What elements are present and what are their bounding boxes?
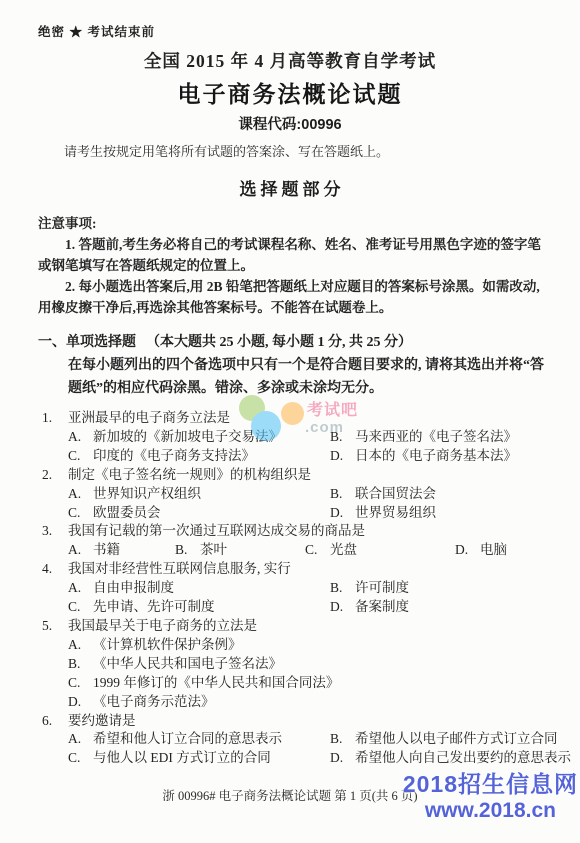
option-item: C.与他人以 EDI 方式订立的合同 <box>68 749 330 768</box>
option-item: B.联合国贸法会 <box>330 485 546 504</box>
option-label: A. <box>68 636 86 655</box>
option-label: B. <box>330 428 348 447</box>
question-number: 1. <box>42 409 68 428</box>
question-text: 亚洲最早的电子商务立法是 <box>68 409 230 428</box>
option-item: A.自由申报制度 <box>68 579 330 598</box>
option-text: 茶叶 <box>200 542 227 557</box>
option-label: D. <box>455 541 473 560</box>
exam-paper-page: 绝密 ★ 考试结束前 全国 2015 年 4 月高等教育自学考试 电子商务法概论… <box>0 0 580 843</box>
option-label: C. <box>68 674 86 693</box>
part-one-title: 一、单项选择题 <box>38 335 136 350</box>
notes-heading: 注意事项: <box>38 212 546 232</box>
question-1: 1. 亚洲最早的电子商务立法是 A.新加坡的《新加坡电子交易法》 B.马来西亚的… <box>38 409 546 466</box>
option-label: D. <box>330 447 348 466</box>
option-item: B.《中华人民共和国电子签名法》 <box>68 655 546 674</box>
option-text: 许可制度 <box>355 580 409 595</box>
answer-sheet-notice: 请考生按规定用笔将所有试题的答案涂、写在答题纸上。 <box>38 143 546 161</box>
option-text: 印度的《电子商务支持法》 <box>93 448 255 463</box>
option-label: A. <box>68 428 86 447</box>
option-label: A. <box>68 579 86 598</box>
option-label: A. <box>68 541 86 560</box>
option-item: A.世界知识产权组织 <box>68 485 330 504</box>
option-text: 世界贸易组织 <box>355 505 436 520</box>
page-footer: 浙 00996# 电子商务法概论试题 第 1 页(共 6 页) <box>0 786 580 804</box>
question-stem: 1. 亚洲最早的电子商务立法是 <box>38 409 546 428</box>
option-label: B. <box>175 541 193 560</box>
option-item: D.备案制度 <box>330 598 546 617</box>
option-group: A.希望和他人订立合同的意思表示 B.希望他人以电子邮件方式订立合同 C.与他人… <box>68 730 546 768</box>
option-text: 书籍 <box>93 542 120 557</box>
option-label: B. <box>330 730 348 749</box>
option-label: D. <box>68 693 86 712</box>
question-stem: 3. 我国有记载的第一次通过互联网达成交易的商品是 <box>38 522 546 541</box>
question-number: 2. <box>42 466 68 485</box>
question-number: 5. <box>42 617 68 636</box>
option-item: C.先申请、先许可制度 <box>68 598 330 617</box>
question-2: 2. 制定《电子签名统一规则》的机构组织是 A.世界知识产权组织 B.联合国贸法… <box>38 466 546 523</box>
option-text: 希望和他人订立合同的意思表示 <box>93 731 282 746</box>
option-item: D.世界贸易组织 <box>330 504 546 523</box>
option-label: B. <box>68 655 86 674</box>
part-one-instructions: 在每小题列出的四个备选项中只有一个是符合题目要求的, 请将其选出并将“答题纸”的… <box>68 355 546 400</box>
option-text: 先申请、先许可制度 <box>93 599 215 614</box>
section-heading: 选择题部分 <box>38 175 546 200</box>
option-item: C.光盘 <box>305 541 455 560</box>
option-item: B.茶叶 <box>175 541 305 560</box>
option-text: 新加坡的《新加坡电子交易法》 <box>93 429 282 444</box>
option-group: A.自由申报制度 B.许可制度 C.先申请、先许可制度 D.备案制度 <box>68 579 546 617</box>
part-one-score-note: （本大题共 25 小题, 每小题 1 分, 共 25 分） <box>146 335 412 350</box>
option-item: A.希望和他人订立合同的意思表示 <box>68 730 330 749</box>
question-5: 5. 我国最早关于电子商务的立法是 A.《计算机软件保护条例》 B.《中华人民共… <box>38 617 546 712</box>
option-item: D.《电子商务示范法》 <box>68 693 546 712</box>
option-text: 联合国贸法会 <box>355 486 436 501</box>
question-text: 制定《电子签名统一规则》的机构组织是 <box>68 466 311 485</box>
option-group: A.书籍 B.茶叶 C.光盘 D.电脑 <box>68 541 546 560</box>
question-3: 3. 我国有记载的第一次通过互联网达成交易的商品是 A.书籍 B.茶叶 C.光盘… <box>38 522 546 560</box>
option-text: 与他人以 EDI 方式订立的合同 <box>93 750 271 765</box>
option-item: C.欧盟委员会 <box>68 504 330 523</box>
classification-label: 绝密 ★ 考试结束前 <box>38 22 155 40</box>
question-4: 4. 我国对非经营性互联网信息服务, 实行 A.自由申报制度 B.许可制度 C.… <box>38 560 546 617</box>
option-item: C.1999 年修订的《中华人民共和国合同法》 <box>68 674 546 693</box>
option-item: D.日本的《电子商务基本法》 <box>330 447 546 466</box>
option-text: 希望他人向自己发出要约的意思表示 <box>355 750 571 765</box>
option-group: A.《计算机软件保护条例》 B.《中华人民共和国电子签名法》 C.1999 年修… <box>68 636 546 712</box>
option-text: 《中华人民共和国电子签名法》 <box>93 656 282 671</box>
option-item: A.书籍 <box>68 541 175 560</box>
option-text: 欧盟委员会 <box>93 505 161 520</box>
option-text: 1999 年修订的《中华人民共和国合同法》 <box>93 675 339 690</box>
option-text: 电脑 <box>480 542 507 557</box>
option-label: D. <box>330 749 348 768</box>
option-item: C.印度的《电子商务支持法》 <box>68 447 330 466</box>
option-label: A. <box>68 730 86 749</box>
option-label: C. <box>68 598 86 617</box>
option-item: A.新加坡的《新加坡电子交易法》 <box>68 428 330 447</box>
note-item-1: 1. 答题前,考生务必将自己的考试课程名称、姓名、准考证号用黑色字迹的签字笔或钢… <box>38 235 546 276</box>
option-label: D. <box>330 598 348 617</box>
option-text: 日本的《电子商务基本法》 <box>355 448 517 463</box>
option-item: A.《计算机软件保护条例》 <box>68 636 546 655</box>
option-item: B.许可制度 <box>330 579 546 598</box>
option-group: A.世界知识产权组织 B.联合国贸法会 C.欧盟委员会 D.世界贸易组织 <box>68 485 546 523</box>
option-text: 希望他人以电子邮件方式订立合同 <box>355 731 558 746</box>
question-text: 要约邀请是 <box>68 712 136 731</box>
option-label: C. <box>305 541 323 560</box>
option-text: 光盘 <box>330 542 357 557</box>
paper-title: 电子商务法概论试题 <box>0 76 580 109</box>
option-text: 备案制度 <box>355 599 409 614</box>
option-item: B.马来西亚的《电子签名法》 <box>330 428 546 447</box>
question-6: 6. 要约邀请是 A.希望和他人订立合同的意思表示 B.希望他人以电子邮件方式订… <box>38 712 546 769</box>
option-label: A. <box>68 485 86 504</box>
question-text: 我国有记载的第一次通过互联网达成交易的商品是 <box>68 522 365 541</box>
option-label: C. <box>68 504 86 523</box>
option-text: 马来西亚的《电子签名法》 <box>355 429 517 444</box>
question-number: 3. <box>42 522 68 541</box>
question-text: 我国对非经营性互联网信息服务, 实行 <box>68 560 291 579</box>
question-number: 6. <box>42 712 68 731</box>
part-one-heading: 一、单项选择题（本大题共 25 小题, 每小题 1 分, 共 25 分） <box>38 331 546 351</box>
option-text: 自由申报制度 <box>93 580 174 595</box>
question-list: 1. 亚洲最早的电子商务立法是 A.新加坡的《新加坡电子交易法》 B.马来西亚的… <box>38 409 546 768</box>
option-item: B.希望他人以电子邮件方式订立合同 <box>330 730 571 749</box>
question-text: 我国最早关于电子商务的立法是 <box>68 617 257 636</box>
exam-session-title: 全国 2015 年 4 月高等教育自学考试 <box>0 48 580 73</box>
option-label: B. <box>330 485 348 504</box>
course-code: 课程代码:00996 <box>0 113 580 134</box>
option-text: 《计算机软件保护条例》 <box>93 637 242 652</box>
question-stem: 4. 我国对非经营性互联网信息服务, 实行 <box>38 560 546 579</box>
option-item: D.希望他人向自己发出要约的意思表示 <box>330 749 571 768</box>
option-label: B. <box>330 579 348 598</box>
question-stem: 5. 我国最早关于电子商务的立法是 <box>38 617 546 636</box>
option-label: C. <box>68 749 86 768</box>
option-group: A.新加坡的《新加坡电子交易法》 B.马来西亚的《电子签名法》 C.印度的《电子… <box>68 428 546 466</box>
option-label: D. <box>330 504 348 523</box>
note-item-2: 2. 每小题选出答案后,用 2B 铅笔把答题纸上对应题目的答案标号涂黑。如需改动… <box>38 277 546 318</box>
question-stem: 6. 要约邀请是 <box>38 712 546 731</box>
question-stem: 2. 制定《电子签名统一规则》的机构组织是 <box>38 466 546 485</box>
option-text: 世界知识产权组织 <box>93 486 201 501</box>
question-number: 4. <box>42 560 68 579</box>
option-label: C. <box>68 447 86 466</box>
paper-body: 请考生按规定用笔将所有试题的答案涂、写在答题纸上。 选择题部分 注意事项: 1.… <box>38 143 546 768</box>
option-item: D.电脑 <box>455 541 546 560</box>
option-text: 《电子商务示范法》 <box>93 694 215 709</box>
